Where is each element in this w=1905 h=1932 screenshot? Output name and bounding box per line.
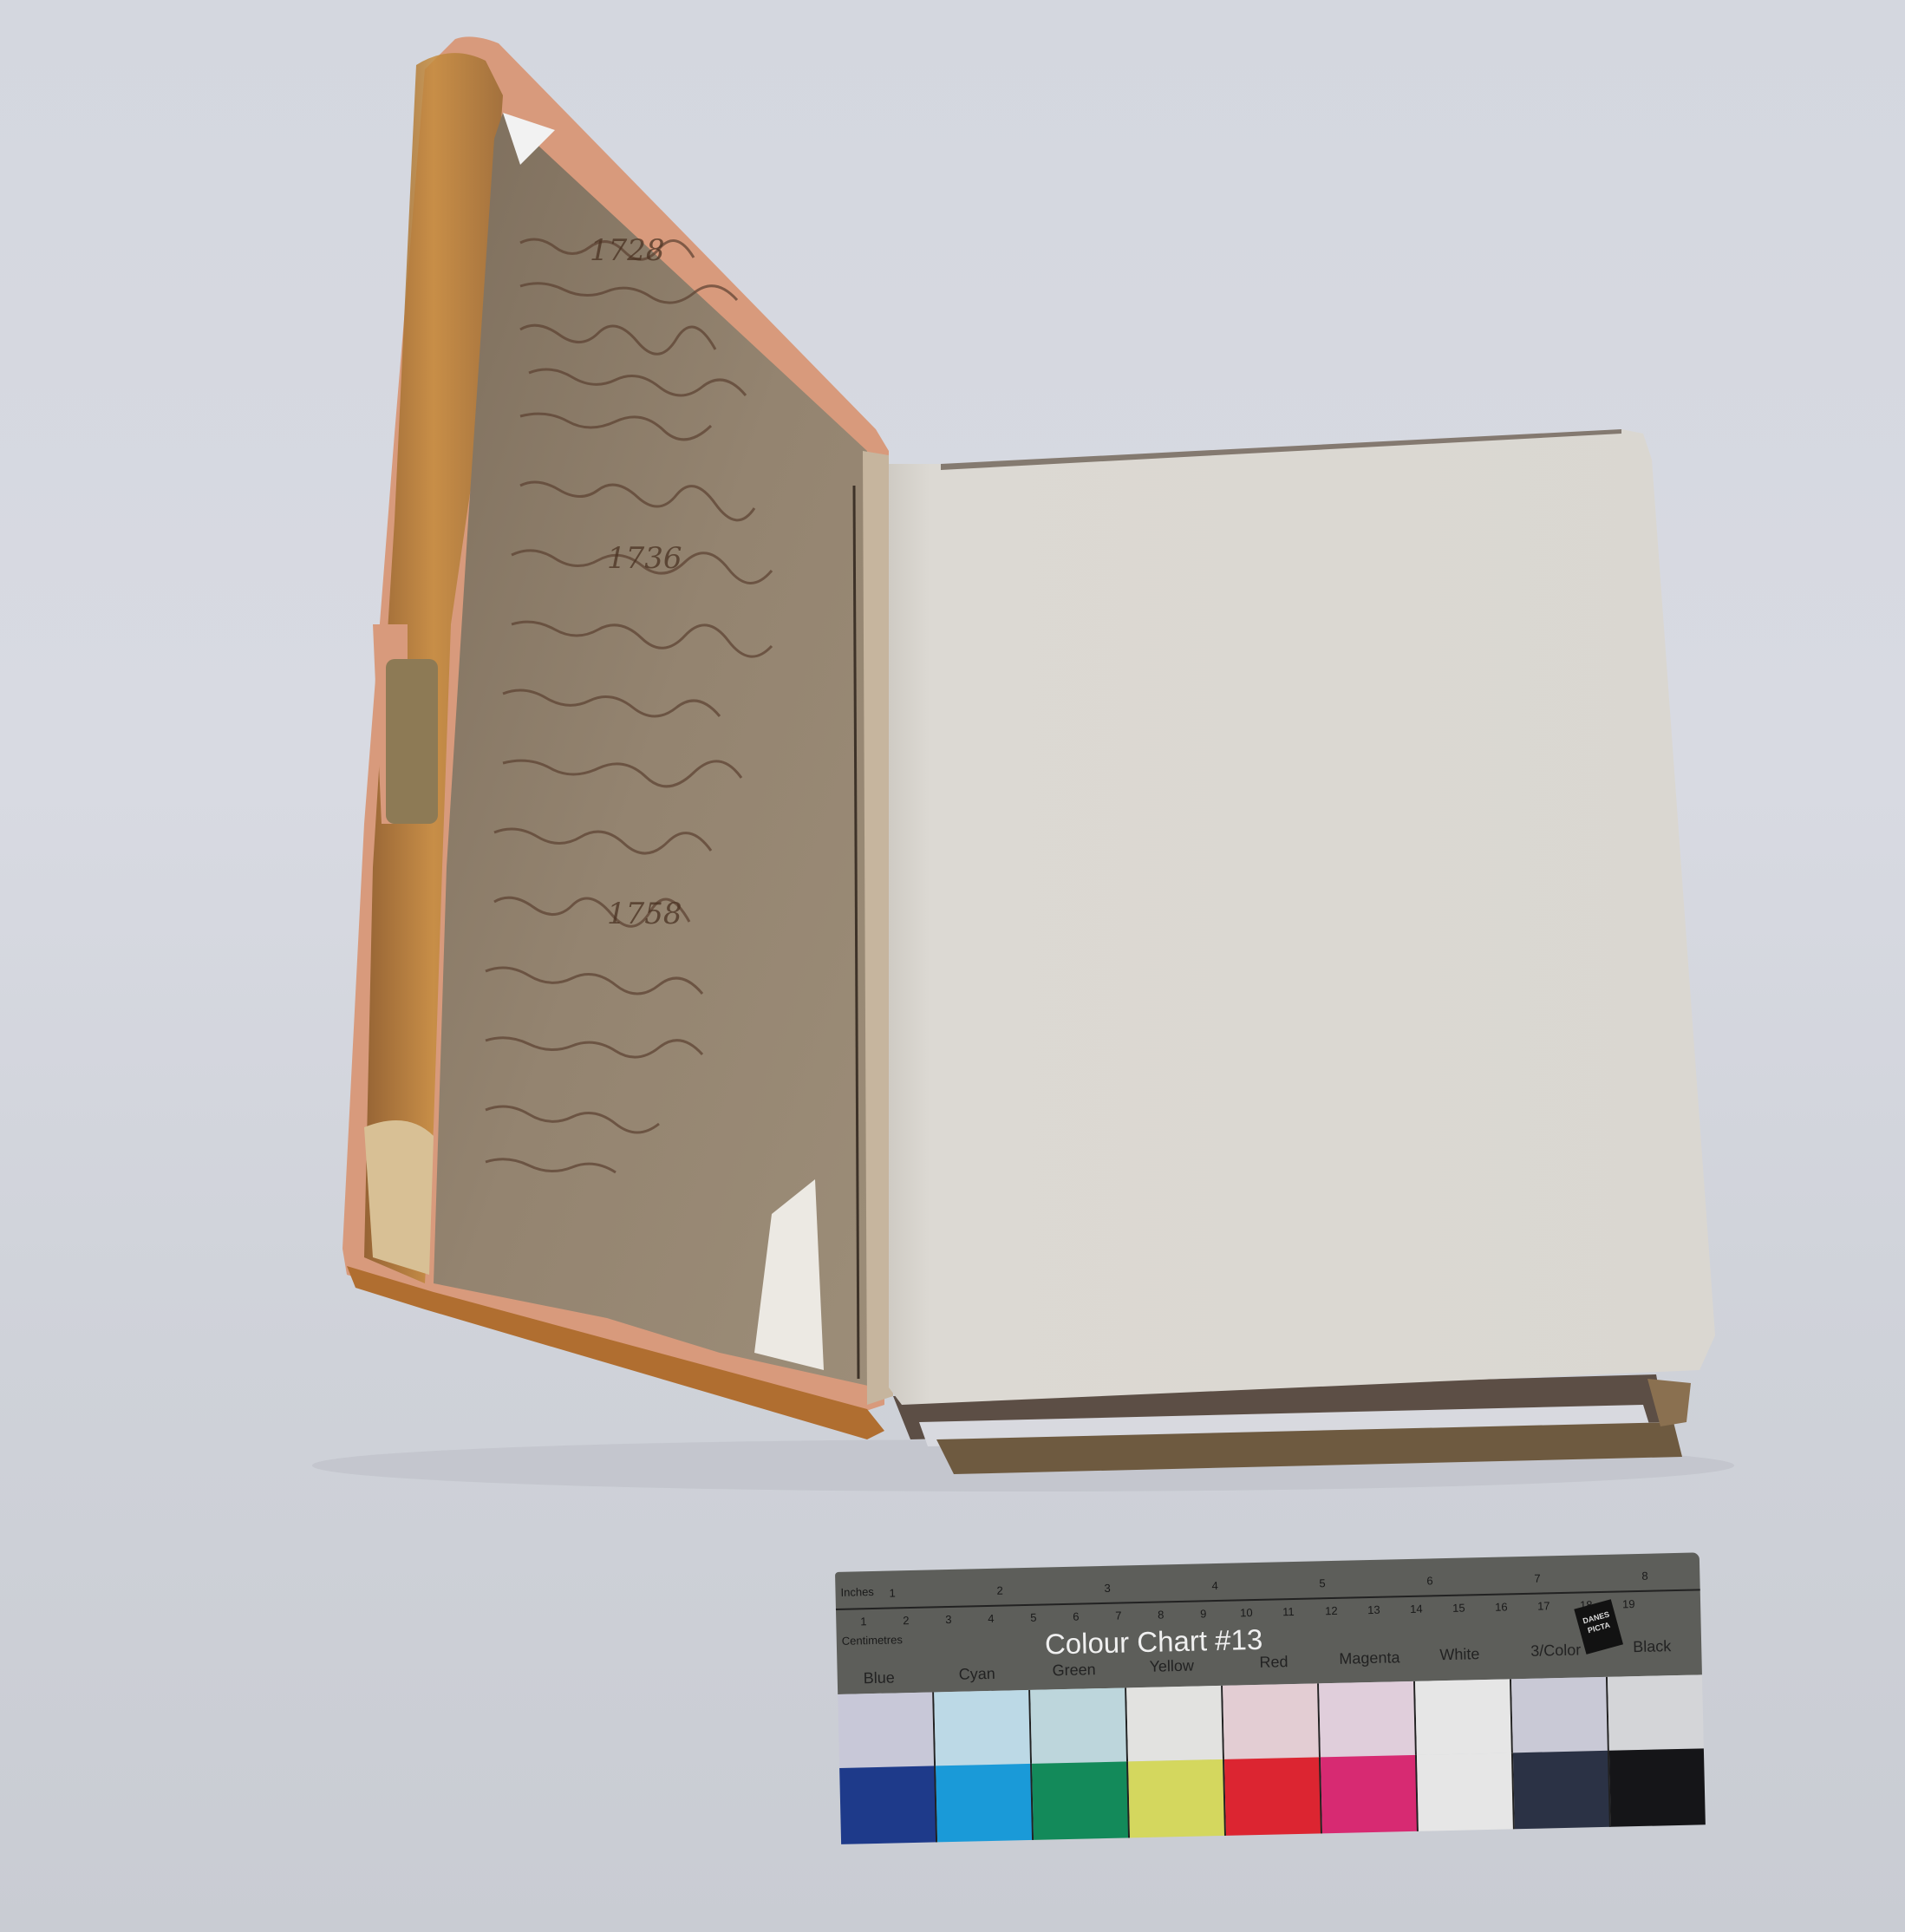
cm-tick-3: 3 — [945, 1613, 952, 1626]
patch-label-white: White — [1439, 1645, 1479, 1664]
leather-fragment-bottom — [364, 1120, 434, 1275]
centimetres-label: Centimetres — [842, 1633, 903, 1648]
inches-label: Inches — [840, 1585, 874, 1599]
inch-tick-6: 6 — [1426, 1574, 1433, 1587]
swatch-magenta-light — [1319, 1681, 1417, 1757]
photo-scene: 1728 1736 1758 Inches Centimetres 1 2 3 … — [0, 0, 1905, 1932]
swatch-cyan-dark — [936, 1764, 1034, 1842]
swatch-white-light — [1415, 1679, 1513, 1754]
swatch-red-light — [1223, 1683, 1321, 1759]
patch-label-3color: 3/Color — [1530, 1642, 1581, 1661]
inch-tick-5: 5 — [1319, 1576, 1326, 1589]
inch-tick-8: 8 — [1641, 1570, 1648, 1583]
cm-tick-12: 12 — [1325, 1604, 1338, 1617]
cm-tick-11: 11 — [1282, 1605, 1295, 1618]
swatch-blue-light — [838, 1692, 936, 1767]
inch-tick-1: 1 — [889, 1586, 896, 1599]
swatch-yellow-dark — [1128, 1759, 1226, 1837]
cm-tick-8: 8 — [1158, 1608, 1165, 1621]
cm-tick-16: 16 — [1495, 1600, 1508, 1613]
cm-tick-10: 10 — [1240, 1606, 1253, 1619]
cm-tick-6: 6 — [1073, 1610, 1080, 1623]
handwritten-date-1758: 1758 — [607, 897, 682, 931]
cm-tick-14: 14 — [1410, 1602, 1423, 1615]
swatch-3color-light — [1511, 1677, 1609, 1753]
cm-tick-4: 4 — [988, 1612, 995, 1625]
patch-label-cyan: Cyan — [958, 1665, 995, 1684]
swatch-black-light — [1608, 1674, 1704, 1750]
swatch-magenta-dark — [1321, 1755, 1419, 1833]
patch-label-magenta: Magenta — [1339, 1648, 1400, 1668]
cm-tick-19: 19 — [1622, 1597, 1635, 1610]
cm-tick-2: 2 — [903, 1614, 910, 1627]
inch-tick-4: 4 — [1211, 1579, 1218, 1592]
blank-right-page — [889, 429, 1715, 1405]
inch-tick-3: 3 — [1104, 1582, 1111, 1595]
handwritten-date-1728: 1728 — [590, 233, 665, 268]
cm-tick-9: 9 — [1200, 1607, 1207, 1620]
handwritten-date-1736: 1736 — [607, 541, 682, 576]
swatch-black-dark — [1609, 1748, 1706, 1826]
swatch-cyan-light — [934, 1690, 1032, 1766]
swatch-white-dark — [1417, 1753, 1515, 1831]
swatch-green-dark — [1032, 1761, 1130, 1839]
patch-label-red: Red — [1259, 1653, 1288, 1672]
cm-tick-1: 1 — [860, 1615, 867, 1628]
cm-tick-15: 15 — [1452, 1602, 1465, 1615]
swatch-red-dark — [1224, 1757, 1322, 1835]
swatch-3color-dark — [1513, 1751, 1611, 1829]
inch-tick-2: 2 — [996, 1584, 1003, 1597]
inch-tick-7: 7 — [1534, 1572, 1541, 1585]
chart-title: Colour Chart #13 — [1045, 1623, 1263, 1661]
patch-label-blue: Blue — [864, 1668, 895, 1687]
cm-tick-7: 7 — [1115, 1609, 1122, 1622]
swatch-green-light — [1030, 1687, 1128, 1763]
swatch-blue-dark — [839, 1766, 937, 1844]
patch-label-black: Black — [1633, 1637, 1671, 1656]
patch-label-yellow: Yellow — [1149, 1657, 1194, 1676]
cm-tick-13: 13 — [1367, 1603, 1380, 1616]
swatch-yellow-light — [1126, 1686, 1224, 1761]
patch-label-green: Green — [1052, 1661, 1095, 1680]
hinge-gutter — [863, 451, 893, 1405]
colour-chart-card: Inches Centimetres 1 2 3 4 5 6 7 8 1 2 3… — [835, 1552, 1706, 1855]
cm-tick-5: 5 — [1030, 1611, 1037, 1624]
cm-tick-17: 17 — [1537, 1599, 1550, 1612]
leather-fragment — [386, 659, 438, 824]
logo-text: DANES PICTA — [1582, 1609, 1611, 1635]
